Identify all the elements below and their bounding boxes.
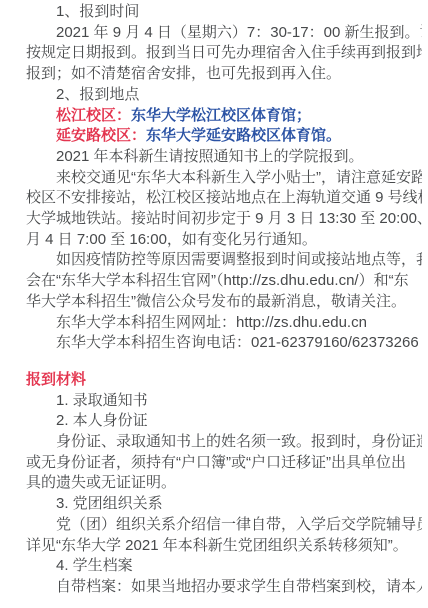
campus-venue-songjiang: 东华大学松江校区体育馆；: [131, 107, 311, 124]
doc-line: 大学城地铁站。接站时间初步定于 9 月 3 日 13:30 至 20:00、9: [26, 209, 422, 230]
doc-line: 按规定日期报到。报到当日可先办理宿舍入住手续再到报到地点: [26, 43, 422, 64]
material-item-admission-letter: 1. 录取通知书: [26, 391, 422, 412]
doc-line: 来校交通见“东华大本科新生入学小贴士”，请注意延安路: [26, 168, 422, 189]
doc-line: 党（团）组织关系介绍信一律自带，入学后交学院辅导员。: [26, 515, 422, 536]
doc-line: 具的遗失或无证证明。: [26, 473, 422, 494]
section-heading-report-place: 2、报到地点: [26, 85, 422, 106]
campus-line-yananlu: 延安路校区：东华大学延安路校区体育馆。: [26, 126, 422, 147]
section-heading-report-time: 1、报到时间: [26, 2, 422, 23]
campus-label-songjiang: 松江校区：: [56, 107, 131, 124]
material-item-id-card: 2. 本人身份证: [26, 411, 422, 432]
section-heading-materials: 报到材料: [26, 370, 422, 391]
notice-document: 1、报到时间 2021 年 9 月 4 日（星期六）7：30-17：00 新生报…: [0, 0, 428, 608]
material-item-party-league: 3. 党团组织关系: [26, 494, 422, 515]
doc-line: 如因疫情防控等原因需要调整报到时间或接站地点等，我们: [26, 250, 422, 271]
admissions-phone-line: 东华大学本科招生咨询电话：021-62379160/62373266: [26, 333, 422, 354]
doc-line: 月 4 日 7:00 至 16:00，如有变化另行通知。: [26, 230, 422, 251]
material-item-student-file: 4. 学生档案: [26, 556, 422, 577]
admissions-website-line: 东华大学本科招生网网址：http://zs.dhu.edu.cn: [26, 313, 422, 334]
doc-line: 华大学本科招生”微信公众号发布的最新消息，敬请关注。: [26, 292, 422, 313]
campus-label-yananlu: 延安路校区：: [56, 127, 146, 144]
doc-line: 自带档案：如果当地招办要求学生自带档案到校，请本人妥: [26, 577, 422, 598]
doc-line: 或无身份证者，须持有“户口簿”或“户口迁移证”出具单位出: [26, 453, 422, 474]
doc-line: 会在“东华大学本科招生官网”（http://zs.dhu.edu.cn/）和“东: [26, 271, 422, 292]
doc-line: 校区不安排接站，松江校区接站地点在上海轨道交通 9 号线松江: [26, 188, 422, 209]
campus-line-songjiang: 松江校区：东华大学松江校区体育馆；: [26, 106, 422, 127]
doc-line: 2021 年 9 月 4 日（星期六）7：30-17：00 新生报到。请: [26, 23, 422, 44]
doc-line: 报到；如不清楚宿舍安排，也可先报到再入住。: [26, 64, 422, 85]
doc-line: 详见“东华大学 2021 年本科新生党团组织关系转移须知”。: [26, 536, 422, 557]
campus-venue-yananlu: 东华大学延安路校区体育馆。: [146, 127, 341, 144]
doc-line: 2021 年本科新生请按照通知书上的学院报到。: [26, 147, 422, 168]
doc-line: 身份证、录取通知书上的姓名须一致。报到时，身份证遗失: [26, 432, 422, 453]
